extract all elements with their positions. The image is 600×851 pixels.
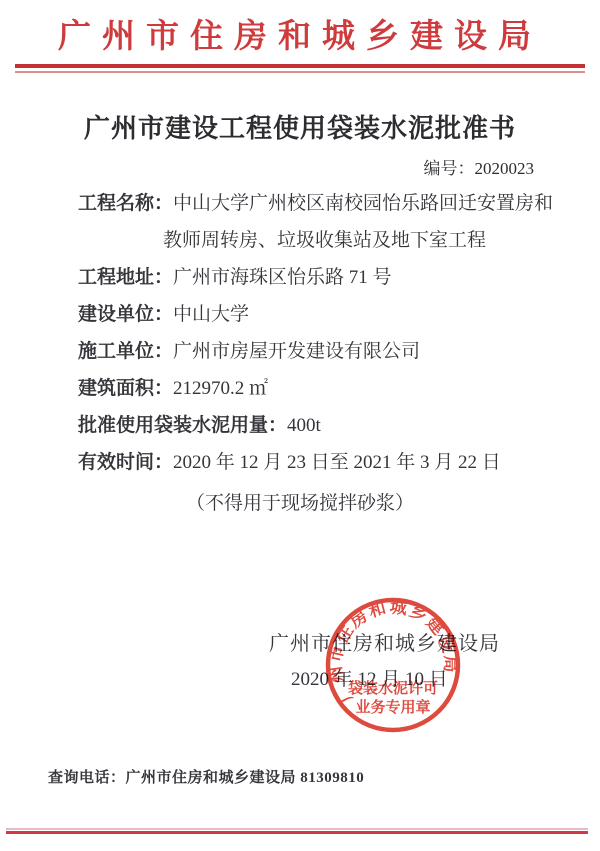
field-validity-period-value: 2020 年 12 月 23 日至 2021 年 3 月 22 日 — [173, 452, 501, 473]
field-construction-owner-label: 建设单位： — [78, 304, 173, 325]
footer-rule-thick — [6, 831, 588, 834]
field-contractor: 施工单位：广州市房屋开发建设有限公司 — [78, 342, 560, 362]
field-approved-cement-amount: 批准使用袋装水泥用量：400t — [78, 416, 560, 436]
field-project-name: 工程名称：中山大学广州校区南校园怡乐路回迁安置房和 — [78, 194, 560, 214]
official-seal-graphic: 广州市住房和城乡建设局 袋装水泥许可 业务专用章 — [323, 595, 463, 735]
document-page: 广州市住房和城乡建设局 广州市建设工程使用袋装水泥批准书 编号：2020023 … — [0, 0, 600, 851]
document-title: 广州市建设工程使用袋装水泥批准书 — [0, 108, 600, 145]
field-contractor-label: 施工单位： — [78, 341, 173, 362]
field-project-name-value: 中山大学广州校区南校园怡乐路回迁安置房和 — [173, 193, 553, 214]
document-number-value: 2020023 — [475, 159, 535, 178]
fields-section: 工程名称：中山大学广州校区南校园怡乐路回迁安置房和 教师周转房、垃圾收集站及地下… — [78, 194, 560, 490]
seal-center-line1: 袋装水泥许可 — [348, 679, 438, 697]
document-number-label: 编号： — [424, 159, 475, 178]
document-number: 编号：2020023 — [424, 154, 535, 179]
field-validity-period-label: 有效时间： — [78, 452, 173, 473]
letterhead-rule-thick — [15, 64, 585, 68]
field-contractor-value: 广州市房屋开发建设有限公司 — [173, 341, 420, 362]
footer-rule-thin — [6, 828, 588, 830]
field-project-address: 工程地址：广州市海珠区怡乐路 71 号 — [78, 268, 560, 288]
field-floor-area: 建筑面积：212970.2 ㎡ — [78, 379, 560, 399]
field-validity-period: 有效时间：2020 年 12 月 23 日至 2021 年 3 月 22 日 — [78, 453, 560, 473]
footer-inquiry-phone: 查询电话：广州市住房和城乡建设局 81309810 — [48, 766, 364, 787]
field-construction-owner-value: 中山大学 — [173, 304, 249, 325]
field-project-name-continuation: 教师周转房、垃圾收集站及地下室工程 — [163, 231, 560, 251]
field-approved-cement-amount-value: 400t — [287, 415, 321, 436]
field-project-name-label: 工程名称： — [78, 193, 173, 214]
letterhead-agency-name: 广州市住房和城乡建设局 — [0, 10, 600, 57]
field-approved-cement-amount-label: 批准使用袋装水泥用量： — [78, 415, 287, 436]
field-project-address-value: 广州市海珠区怡乐路 71 号 — [173, 267, 392, 288]
letterhead-rule-thin — [15, 71, 585, 73]
official-seal: 广州市住房和城乡建设局 袋装水泥许可 业务专用章 — [323, 595, 463, 735]
field-project-address-label: 工程地址： — [78, 267, 173, 288]
field-floor-area-label: 建筑面积： — [78, 378, 173, 399]
field-floor-area-value: 212970.2 ㎡ — [173, 378, 268, 399]
seal-center-line2: 业务专用章 — [355, 698, 430, 716]
restriction-note: （不得用于现场搅拌砂浆） — [0, 488, 600, 515]
field-construction-owner: 建设单位：中山大学 — [78, 305, 560, 325]
